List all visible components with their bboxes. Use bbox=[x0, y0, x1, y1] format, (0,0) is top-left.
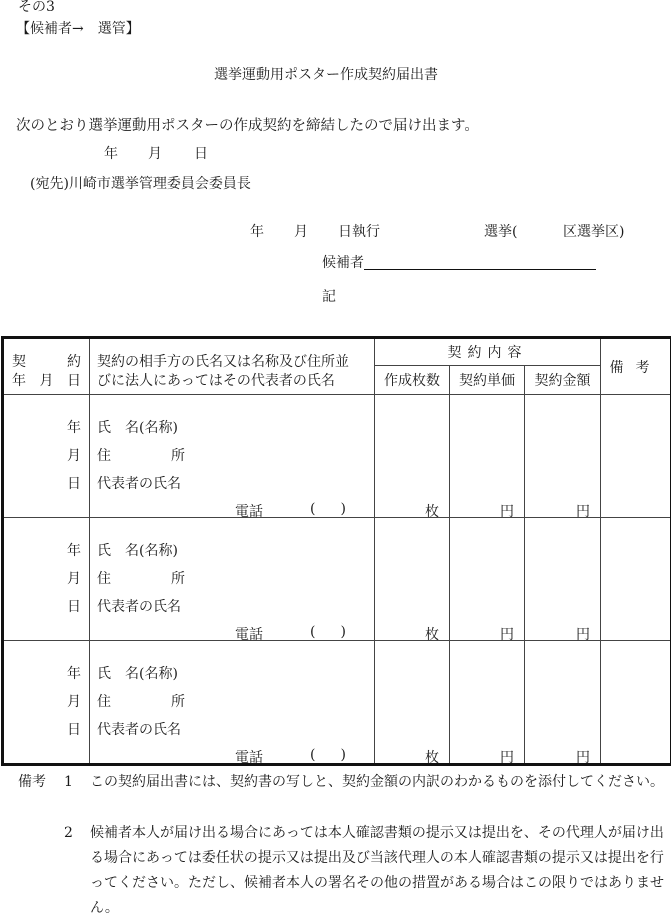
notes-section: 備考 1 この契約届出書には、契約書の写しと、契約金額の内訳のわかるものを添付し… bbox=[0, 0, 671, 913]
note-number: 2 bbox=[64, 821, 73, 846]
note-number: 1 bbox=[64, 770, 73, 795]
note-text: 候補者本人が届け出る場合にあっては本人確認書類の提示又は提出を、その代理人が届け… bbox=[90, 821, 664, 913]
notes-label: 備考 bbox=[18, 770, 46, 795]
note-text: この契約届出書には、契約書の写しと、契約金額の内訳のわかるものを添付してください… bbox=[90, 770, 664, 795]
